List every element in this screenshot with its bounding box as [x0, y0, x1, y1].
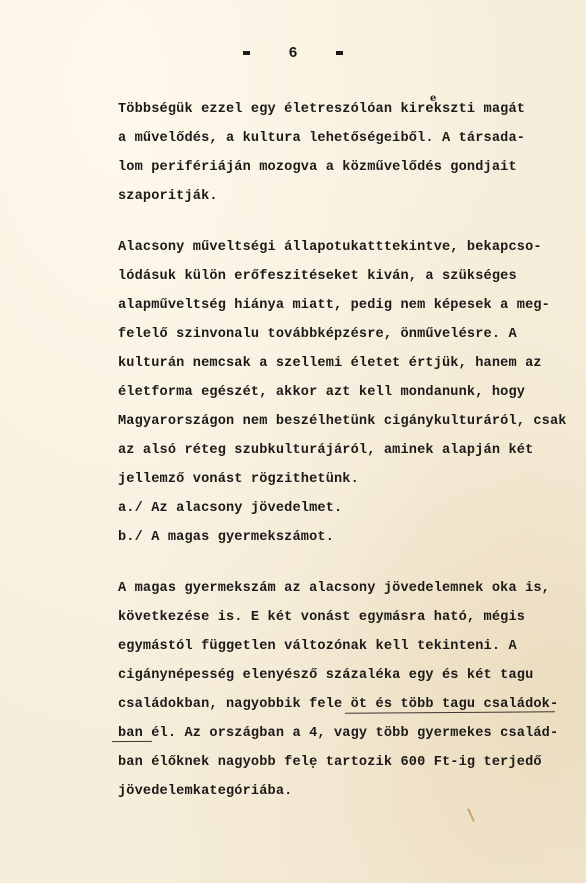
text-line: egymástól független változónak kell teki… — [118, 639, 517, 654]
list-item-b: b./ A magas gyermekszámot. — [118, 530, 334, 545]
text-line: következése is. E két vonást egymásra ha… — [118, 610, 525, 625]
text-line: lódásuk külön erőfeszitéseket kiván, a s… — [118, 269, 517, 284]
text-line: életforma egészét, akkor azt kell mondan… — [118, 385, 525, 400]
list-item-a: a./ Az alacsony jövedelmet. — [118, 501, 342, 516]
text-line: családokban, nagyobbik fele öt és több t… — [118, 697, 558, 712]
pencil-underline — [112, 741, 152, 742]
text-line: az alsó réteg szubkulturájáról, aminek a… — [118, 443, 533, 458]
handwritten-insertion: e — [430, 93, 436, 104]
text-line: jövedelemkategóriába. — [118, 784, 292, 799]
text-line: alapműveltség hiánya miatt, pedig nem ké… — [118, 298, 550, 313]
text-line: kulturán nemcsak a szellemi életet értjü… — [118, 356, 542, 371]
text-line: ban élőknek nagyobb fele tartozik 600 Ft… — [118, 755, 542, 770]
text-line: lom perifériáján mozogva a közművelődés … — [118, 160, 517, 175]
page-number-text: 6 — [288, 45, 297, 62]
paper-stain — [467, 808, 475, 822]
text-line: ban él. Az országban a 4, vagy több gyer… — [118, 726, 558, 741]
text-line: szaporitják. — [118, 189, 218, 204]
dash-left — [243, 51, 250, 55]
dash-right — [336, 51, 343, 55]
text-line: cigánynépesség elenyésző százaléka egy é… — [118, 668, 533, 683]
pencil-underline — [345, 711, 555, 713]
text-line: Magyarországon nem beszélhetünk cigányku… — [118, 414, 567, 429]
text-line: Alacsony műveltségi állapotukatttekintve… — [118, 240, 542, 255]
page-number: 6 — [0, 45, 586, 62]
document-page: 6 Többségük ezzel egy életreszólóan kire… — [0, 0, 586, 883]
text-line: jellemző vonást rögzithetünk. — [118, 472, 359, 487]
text-line: felelő szinvonalu továbbképzésre, önműve… — [118, 327, 517, 342]
ink-speck — [312, 766, 314, 768]
text-line: A magas gyermekszám az alacsony jövedele… — [118, 581, 550, 596]
text-line: Többségük ezzel egy életreszólóan kireks… — [118, 102, 525, 117]
text-line: a művelődés, a kultura lehetőségeiből. A… — [118, 131, 525, 146]
